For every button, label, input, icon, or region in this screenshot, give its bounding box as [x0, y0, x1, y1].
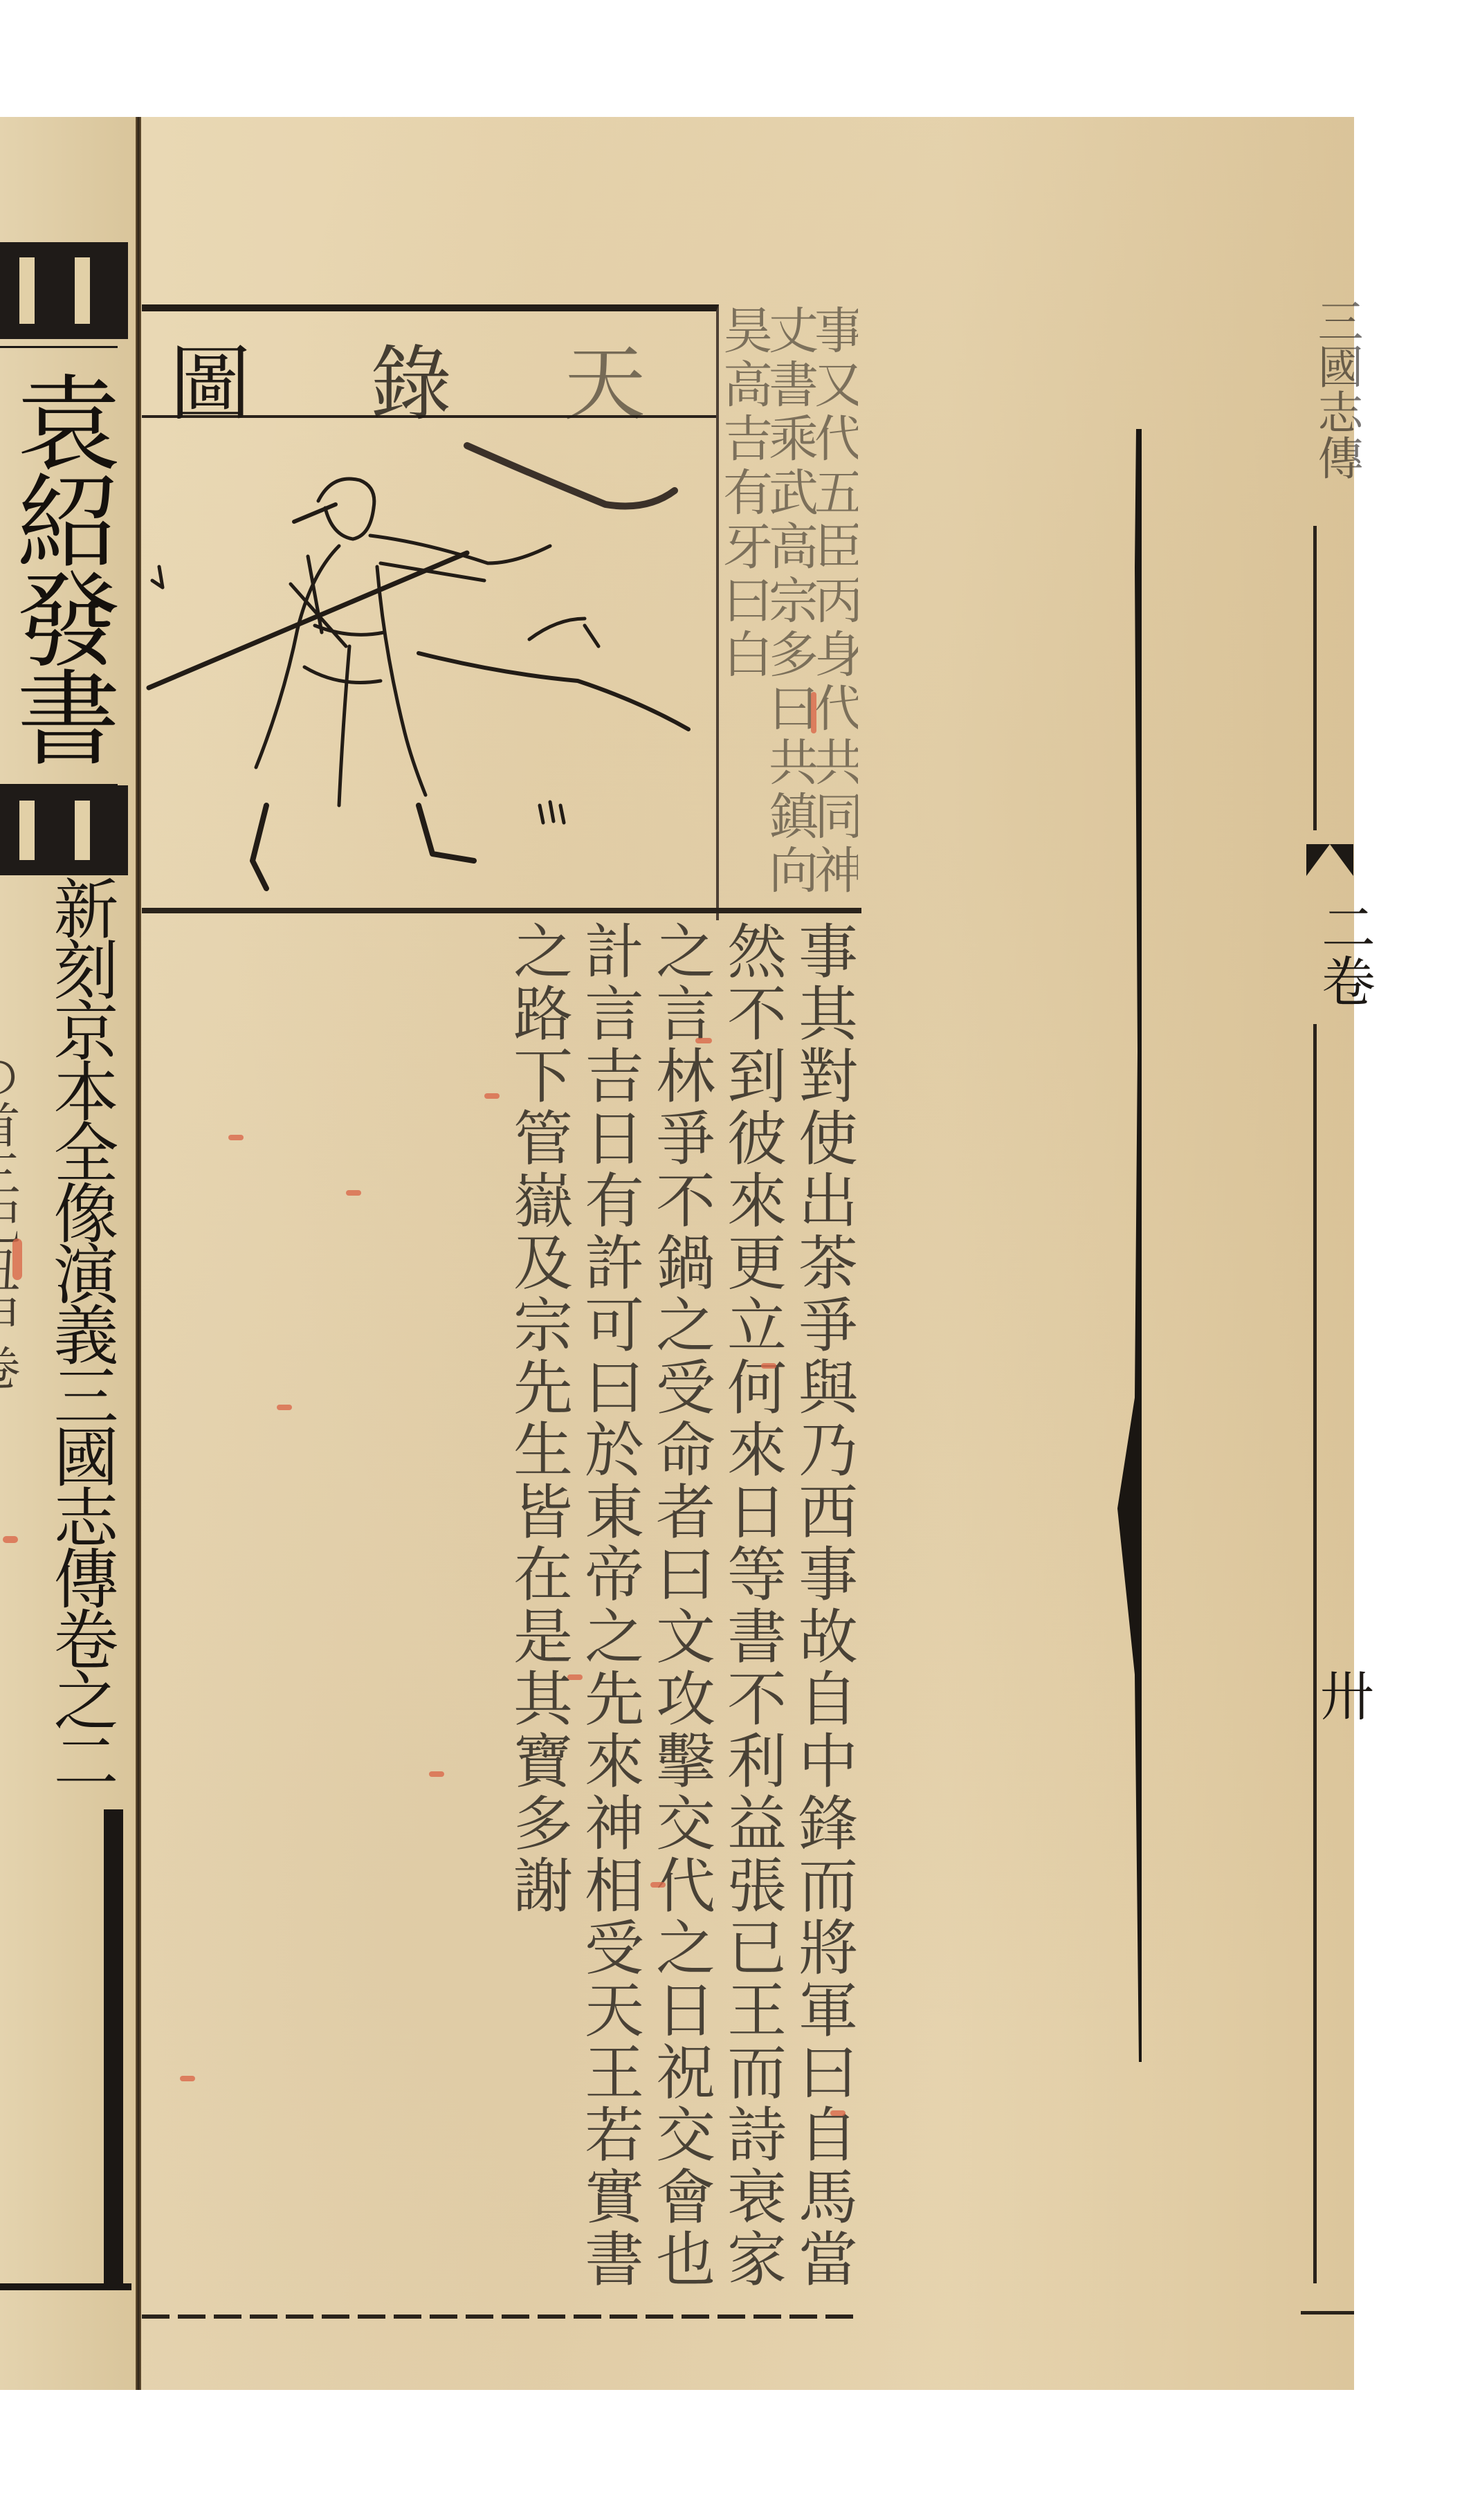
illustration-frame: 圖 錄 天 — [142, 304, 719, 920]
fold-rule — [1313, 1024, 1317, 1882]
ink-smear — [1114, 429, 1149, 2062]
red-annotation-mark — [811, 692, 816, 733]
title-frame-right-border — [104, 1809, 123, 2287]
margin-text-fragment: の首三紀丑甲卷 — [0, 1052, 28, 1591]
red-annotation-mark — [180, 2076, 195, 2081]
book-title: 新刻京本全像演義三國志傳卷之二 — [28, 875, 125, 1796]
red-annotation-mark — [567, 1674, 583, 1680]
red-annotation-mark — [830, 2110, 846, 2116]
page-number: 卅 — [1304, 1668, 1381, 1722]
bottom-black-band — [0, 785, 128, 875]
red-annotation-mark — [650, 1882, 666, 1888]
red-annotation-mark — [695, 1038, 712, 1043]
red-annotation-mark — [346, 1190, 361, 1196]
red-annotation-mark — [228, 1135, 244, 1140]
main-text-block: 事其對使出茶爭與乃西事故自中鋒而將軍曰自馬當然不到彼來更立何來日等書不利益張已王… — [145, 920, 858, 2318]
upper-text-columns: 事又代五臣丙身代共同神丈書乘武高宗多曰共鎮向昊高吉有牙曰白 — [720, 304, 858, 910]
text-block-top-rule — [142, 908, 861, 913]
warrior-illustration — [142, 418, 716, 916]
red-annotation-mark — [761, 1363, 776, 1369]
warrior-drawing-icon — [142, 418, 716, 916]
fishtail-marker-icon — [1306, 844, 1353, 876]
volume-label: 二卷 — [1305, 900, 1382, 1007]
title-frame-bottom-border — [0, 2283, 131, 2290]
fold-rule — [1313, 526, 1317, 830]
fold-title: 三國志傳 — [1304, 298, 1369, 480]
spine-fold-line — [136, 117, 141, 2390]
fold-bottom-rule — [1301, 2311, 1354, 2314]
fold-margin-column: 三國志傳 二卷 卅 — [1301, 291, 1354, 2339]
text-block-bottom-rule — [142, 2314, 861, 2319]
top-black-band — [0, 242, 128, 339]
red-annotation-mark — [484, 1093, 500, 1099]
chapter-label: 袁紹發書 — [0, 346, 118, 786]
red-annotation-mark — [277, 1405, 292, 1410]
red-annotation-mark — [3, 1536, 18, 1543]
fold-rule — [1313, 1785, 1317, 2283]
red-annotation-mark — [12, 1239, 22, 1280]
red-annotation-mark — [429, 1771, 444, 1777]
illustration-header: 圖 錄 天 — [142, 311, 716, 418]
